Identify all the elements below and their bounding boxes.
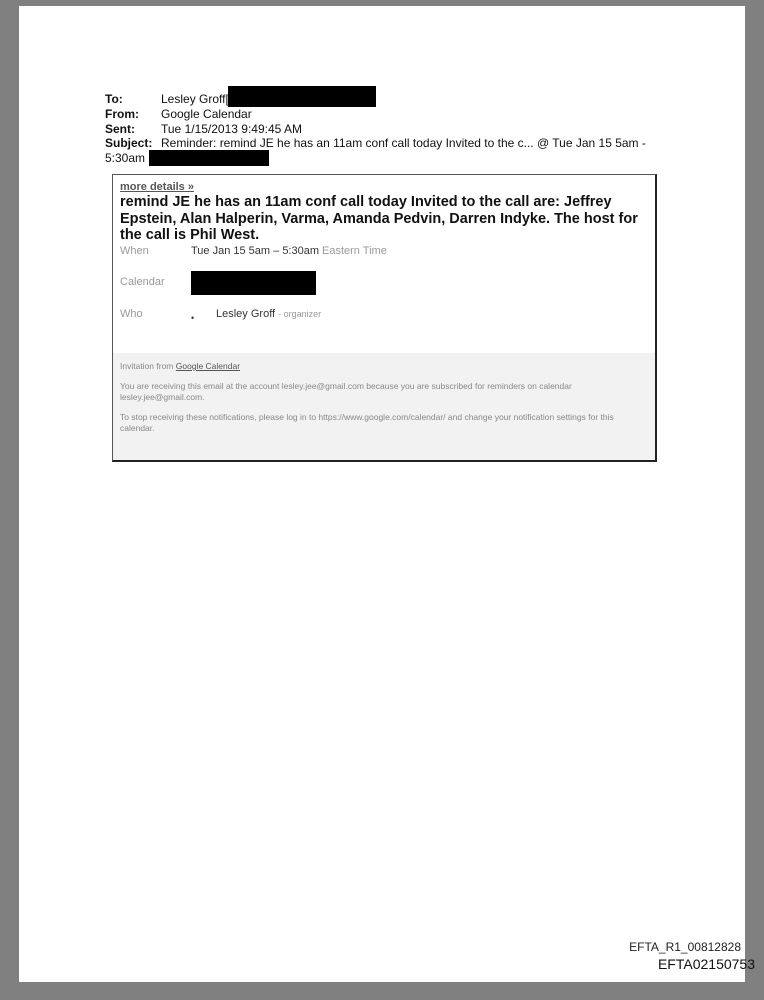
sent-row: Sent: Tue 1/15/2013 9:49:45 AM	[105, 122, 665, 137]
subject-value-line2: 5:30am (	[105, 151, 152, 166]
document-page: To: Lesley Groff[ From: Google Calendar …	[19, 6, 745, 982]
bates-number-secondary: EFTA02150753	[658, 956, 755, 972]
who-label: Who	[120, 308, 191, 321]
email-header: To: Lesley Groff[ From: Google Calendar …	[105, 92, 665, 166]
invitation-from: Invitation from Google Calendar	[120, 361, 648, 372]
more-details-link[interactable]: more details »	[120, 181, 648, 194]
event-title: remind JE he has an 11am conf call today…	[120, 194, 650, 244]
when-label: When	[120, 245, 191, 258]
redaction-block	[149, 150, 269, 166]
subject-row-continued: 5:30am (	[105, 151, 665, 166]
who-role: - organizer	[278, 308, 321, 321]
stop-notice: To stop receiving these notifications, p…	[120, 412, 648, 434]
invitation-from-text: Invitation from	[120, 361, 173, 371]
from-value: Google Calendar	[161, 107, 252, 122]
who-bullet: •	[191, 312, 216, 325]
redaction-block	[228, 86, 376, 107]
google-calendar-link[interactable]: Google Calendar	[176, 361, 240, 371]
when-timezone: Eastern Time	[322, 245, 387, 258]
subject-row: Subject: Reminder: remind JE he has an 1…	[105, 136, 665, 151]
to-value: Lesley Groff[	[161, 92, 229, 107]
invitation-footer: Invitation from Google Calendar You are …	[113, 353, 655, 460]
sent-value: Tue 1/15/2013 9:49:45 AM	[161, 122, 302, 137]
calendar-invitation-card: more details » remind JE he has an 11am …	[112, 174, 657, 462]
calendar-label: Calendar	[120, 276, 191, 289]
redaction-block	[191, 271, 316, 295]
to-label: To:	[105, 92, 161, 107]
subject-label: Subject:	[105, 136, 161, 151]
from-label: From:	[105, 107, 161, 122]
subject-value: Reminder: remind JE he has an 11am conf …	[161, 136, 646, 151]
from-row: From: Google Calendar	[105, 107, 665, 122]
who-row: Who • Lesley Groff - organizer	[120, 308, 648, 321]
when-row: When Tue Jan 15 5am – 5:30am Eastern Tim…	[120, 245, 648, 258]
who-name: Lesley Groff	[216, 308, 275, 321]
calendar-row: Calendar	[120, 271, 648, 295]
sent-label: Sent:	[105, 122, 161, 137]
bates-number-primary: EFTA_R1_00812828	[629, 940, 741, 954]
when-value: Tue Jan 15 5am – 5:30am	[191, 245, 319, 258]
receiving-notice: You are receiving this email at the acco…	[120, 381, 648, 403]
to-row: To: Lesley Groff[	[105, 92, 665, 107]
